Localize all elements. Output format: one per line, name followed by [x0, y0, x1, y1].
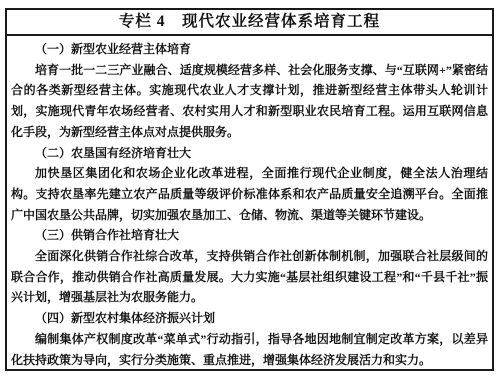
section-2-heading: （二）农垦国有经济培育壮大 [11, 143, 488, 164]
section-1-heading: （一）新型农业经营主体培育 [11, 39, 488, 60]
section-2-paragraph: 加快垦区集团化和农场企业化改革进程，全面推行现代企业制度，健全法人治理结构。支持… [11, 163, 488, 225]
section-3-heading: （三）供销合作社培育壮大 [11, 225, 488, 246]
section-4-heading: （四）新型农村集体经济振兴计划 [11, 308, 488, 329]
section-4-paragraph: 编制集体产权制度改革“菜单式”行动指引，指导各地因地制宜制定改革方案，以差异化扶… [11, 329, 488, 370]
section-1: （一）新型农业经营主体培育 培育一批一二三产业融合、适度规模经营多样、社会化服务… [11, 39, 488, 143]
section-4: （四）新型农村集体经济振兴计划 编制集体产权制度改革“菜单式”行动指引，指导各地… [11, 308, 488, 370]
section-1-paragraph: 培育一批一二三产业融合、适度规模经营多样、社会化服务支撑、与“互联网+”紧密结合… [11, 60, 488, 143]
panel-title: 专栏 4 现代农业经营体系培育工程 [7, 10, 492, 36]
column-panel: 专栏 4 现代农业经营体系培育工程 （一）新型农业经营主体培育 培育一批一二三产… [5, 8, 494, 371]
section-3-paragraph: 全面深化供销合作社综合改革，支持供销合作社创新体制机制，加强联合社层级间的联合合… [11, 246, 488, 308]
section-2: （二）农垦国有经济培育壮大 加快垦区集团化和农场企业化改革进程，全面推行现代企业… [11, 143, 488, 226]
section-3: （三）供销合作社培育壮大 全面深化供销合作社综合改革，支持供销合作社创新体制机制… [11, 225, 488, 308]
panel-body: （一）新型农业经营主体培育 培育一批一二三产业融合、适度规模经营多样、社会化服务… [7, 36, 492, 370]
